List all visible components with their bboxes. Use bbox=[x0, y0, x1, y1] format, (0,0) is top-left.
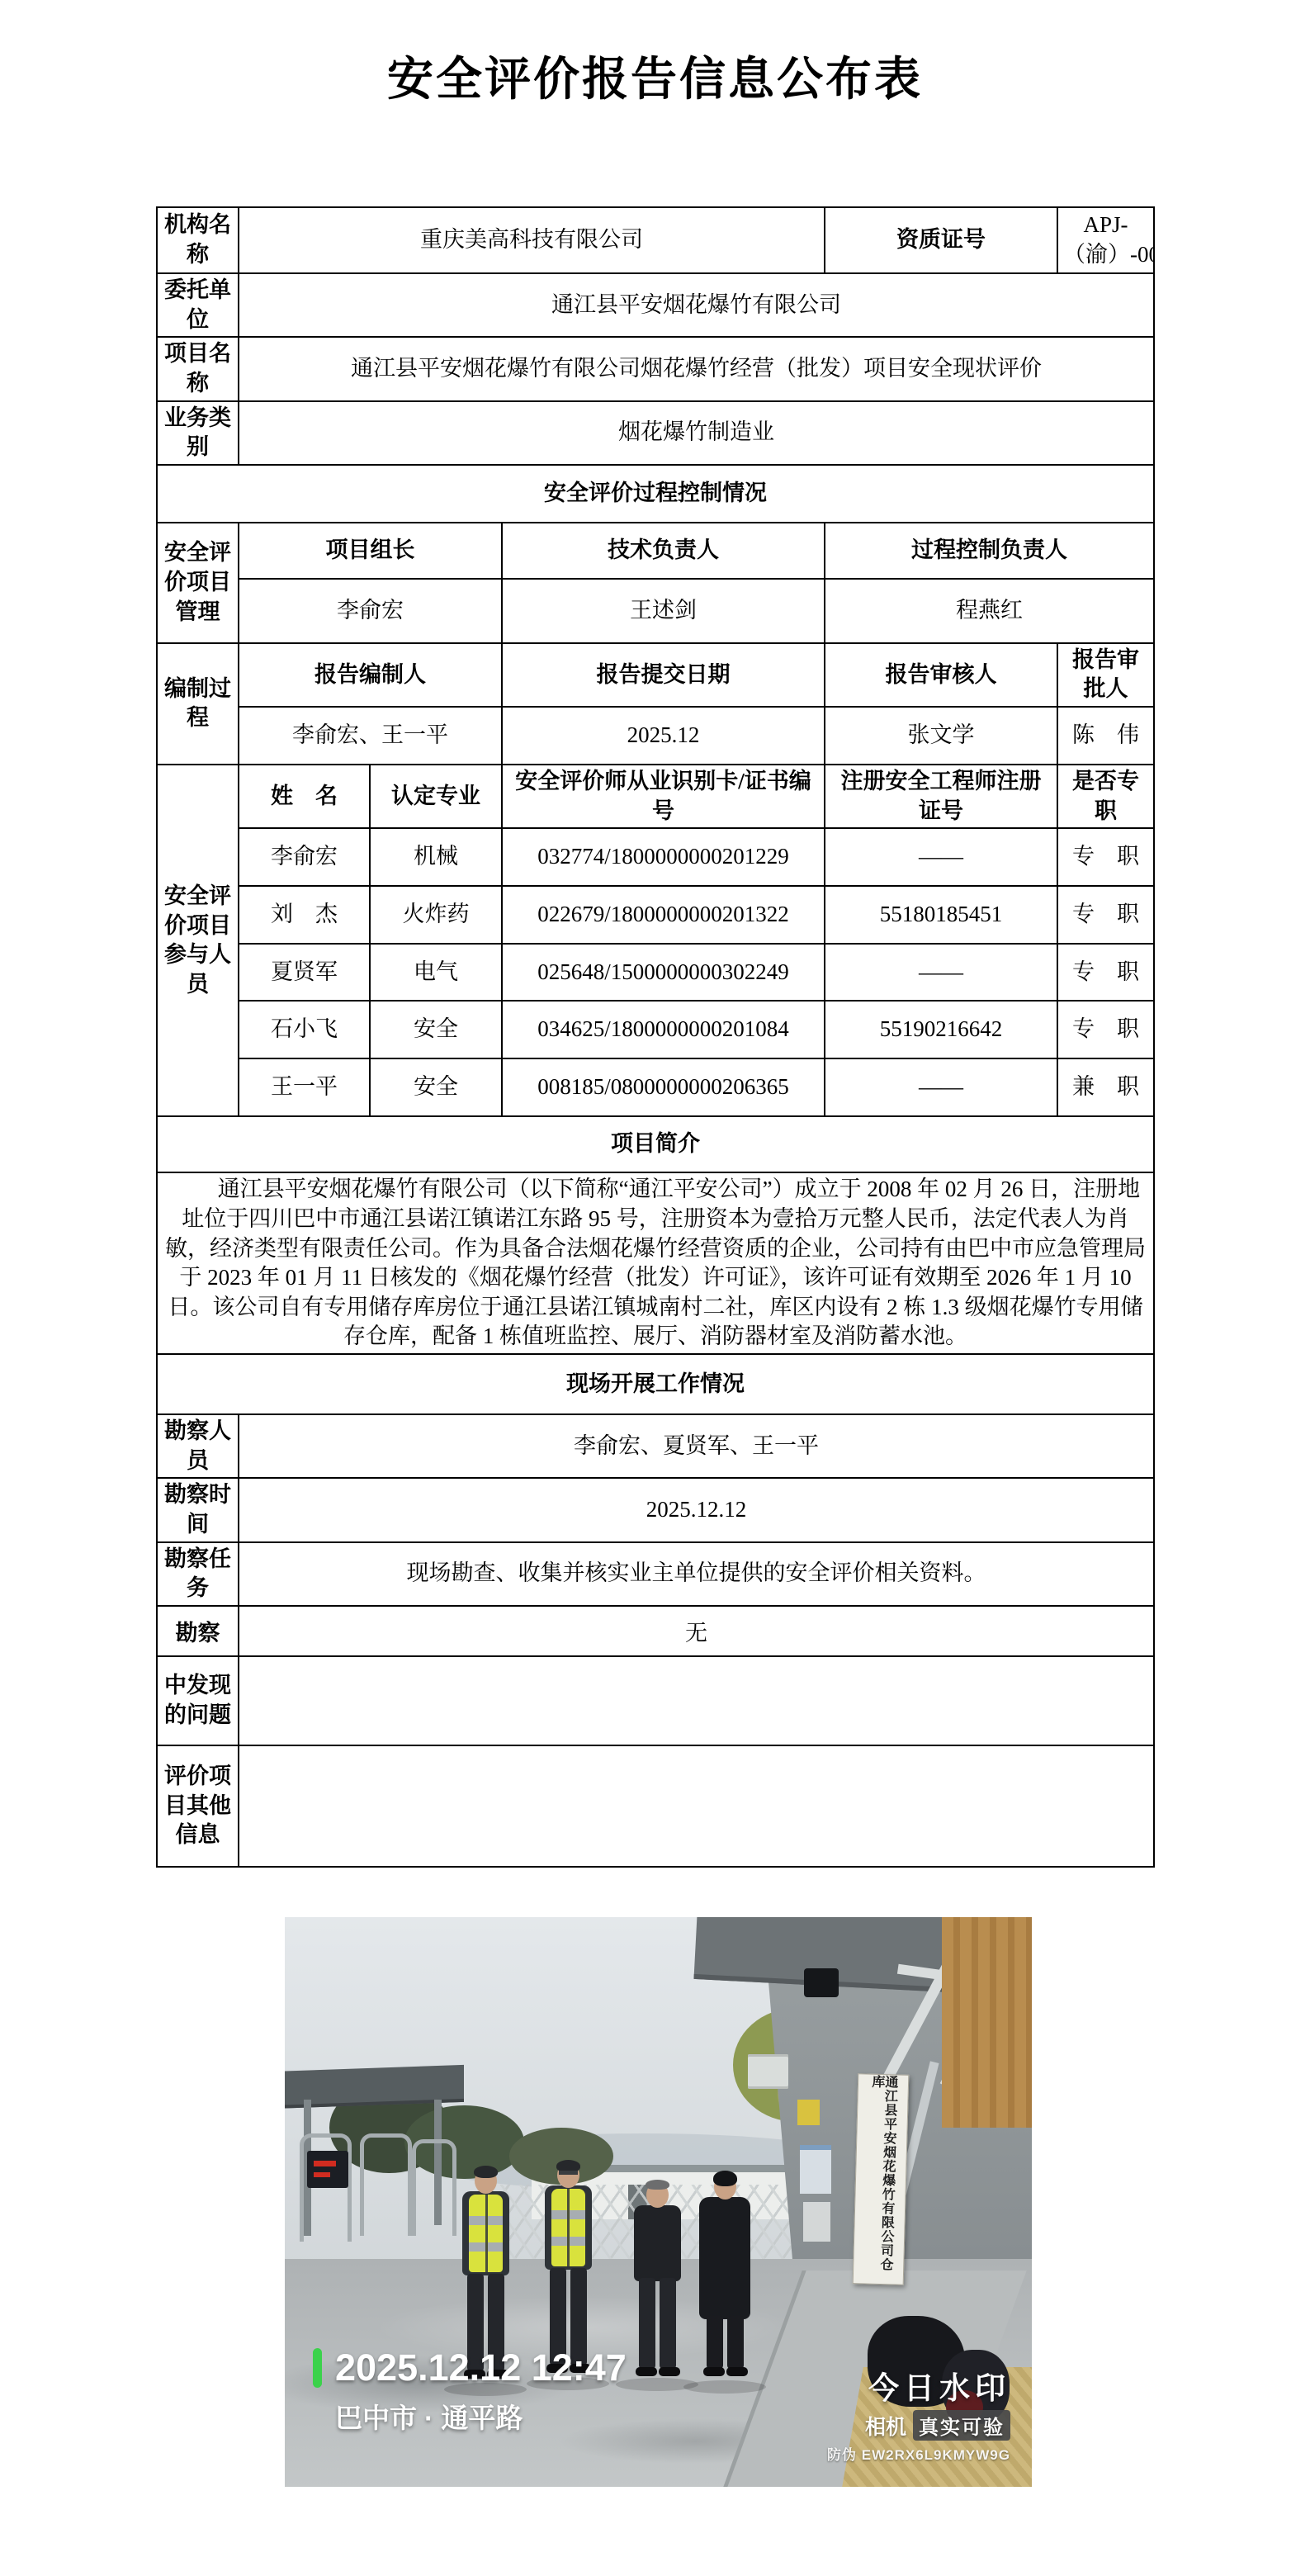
compile-value-reviewer: 张文学 bbox=[825, 707, 1057, 765]
surveyors-value: 李俞宏、夏贤军、王一平 bbox=[239, 1414, 1154, 1478]
survey-task-value: 现场勘查、收集并核实业主单位提供的安全评价相关资料。 bbox=[239, 1542, 1154, 1606]
document-page: 安全评价报告信息公布表 机构名称 重庆美高科技有限公司 资质证号 APJ-（渝）… bbox=[0, 0, 1310, 2576]
page-title: 安全评价报告信息公布表 bbox=[0, 43, 1310, 109]
org-name-value: 重庆美高科技有限公司 bbox=[239, 207, 825, 273]
photo-floodlight bbox=[804, 1968, 839, 1997]
table-row: 勘察任务 现场勘查、收集并核实业主单位提供的安全评价相关资料。 bbox=[157, 1542, 1154, 1606]
org-name-label: 机构名称 bbox=[157, 207, 239, 273]
table-row: 中发现的问题 bbox=[157, 1656, 1154, 1745]
compile-label: 编制过程 bbox=[157, 643, 239, 765]
table-row: 项目名称 通江县平安烟花爆竹有限公司烟花爆竹经营（批发）项目安全现状评价 bbox=[157, 337, 1154, 400]
mgmt-header-process: 过程控制负责人 bbox=[825, 523, 1154, 579]
client-value: 通江县平安烟花爆竹有限公司 bbox=[239, 273, 1154, 337]
participant-row: 夏贤军 电气 025648/1500000000302249 —— 专 职 bbox=[157, 944, 1154, 1001]
section-header-row: 项目简介 bbox=[157, 1116, 1154, 1172]
business-type-label: 业务类别 bbox=[157, 401, 239, 465]
watermark-brand: 今日水印 bbox=[868, 2363, 1010, 2408]
participant-fulltime: 专 职 bbox=[1057, 1001, 1154, 1058]
other-info-label: 评价项目其他信息 bbox=[157, 1745, 239, 1867]
client-label: 委托单位 bbox=[157, 273, 239, 337]
table-row: 评价项目其他信息 bbox=[157, 1745, 1154, 1867]
participant-name: 夏贤军 bbox=[239, 944, 370, 1001]
participant-specialty: 火炸药 bbox=[370, 886, 502, 944]
mgmt-value-process: 程燕红 bbox=[825, 579, 1154, 643]
participant-row: 王一平 安全 008185/0800000000206365 —— 兼 职 bbox=[157, 1058, 1154, 1116]
survey-value: 无 bbox=[239, 1606, 1154, 1663]
table-row: 机构名称 重庆美高科技有限公司 资质证号 APJ-（渝）-005 bbox=[157, 207, 1154, 273]
project-name-label: 项目名称 bbox=[157, 337, 239, 400]
participant-reg: —— bbox=[825, 828, 1057, 886]
compile-value-author: 李俞宏、王一平 bbox=[239, 707, 502, 765]
participant-fulltime: 专 职 bbox=[1057, 944, 1154, 1001]
warehouse-sign-text: 通江县平安烟花爆竹有限公司仓库 bbox=[865, 2074, 897, 2284]
table-row: 委托单位 通江县平安烟花爆竹有限公司 bbox=[157, 273, 1154, 337]
watermark-verified-badge: 真实可验 bbox=[913, 2410, 1010, 2441]
mgmt-header-leader: 项目组长 bbox=[239, 523, 502, 579]
survey-task-label: 勘察任务 bbox=[157, 1542, 239, 1606]
participant-fulltime: 兼 职 bbox=[1057, 1058, 1154, 1116]
section-header-row: 安全评价过程控制情况 bbox=[157, 465, 1154, 523]
participant-cert: 025648/1500000000302249 bbox=[502, 944, 825, 1001]
participant-reg: 55180185451 bbox=[825, 886, 1057, 944]
participant-cert: 008185/0800000000206365 bbox=[502, 1058, 825, 1116]
mgmt-label: 安全评价项目管理 bbox=[157, 523, 239, 643]
surveyors-label: 勘察人员 bbox=[157, 1414, 239, 1478]
mgmt-value-leader: 李俞宏 bbox=[239, 579, 502, 643]
survey-time-label: 勘察时间 bbox=[157, 1478, 239, 1541]
table-row: 勘察 无 bbox=[157, 1606, 1154, 1663]
participant-fulltime: 专 职 bbox=[1057, 828, 1154, 886]
participant-specialty: 电气 bbox=[370, 944, 502, 1001]
photo-white-notice bbox=[803, 2202, 830, 2242]
participant-name: 李俞宏 bbox=[239, 828, 370, 886]
photo-blue-notice bbox=[800, 2145, 831, 2194]
watermark-location: 巴中市 · 通平路 bbox=[335, 2397, 523, 2436]
photo-turnstile bbox=[360, 2133, 412, 2236]
compile-header-approver: 报告审批人 bbox=[1057, 643, 1154, 707]
person-company-rep bbox=[621, 2182, 693, 2384]
watermark-timestamp-row: 2025.12.12 12:47 bbox=[313, 2346, 627, 2389]
table-row: 编制过程 报告编制人 报告提交日期 报告审核人 报告审批人 bbox=[157, 643, 1154, 707]
process-control-section-title: 安全评价过程控制情况 bbox=[157, 465, 1154, 523]
participants-header-name: 姓 名 bbox=[239, 765, 370, 828]
participants-label: 安全评价项目参与人员 bbox=[157, 765, 239, 1116]
table-row: 李俞宏 王述剑 程燕红 bbox=[157, 579, 1154, 643]
project-name-value: 通江县平安烟花爆竹有限公司烟花爆竹经营（批发）项目安全现状评价 bbox=[239, 337, 1154, 400]
section-header-row: 现场开展工作情况 bbox=[157, 1354, 1154, 1414]
participant-specialty: 机械 bbox=[370, 828, 502, 886]
qual-cert-label: 资质证号 bbox=[825, 207, 1057, 273]
participant-row: 刘 杰 火炸药 022679/1800000000201322 55180185… bbox=[157, 886, 1154, 944]
photo-ac-unit bbox=[748, 2054, 788, 2090]
participants-header-cert: 安全评价师从业识别卡/证书编号 bbox=[502, 765, 825, 828]
participant-fulltime: 专 职 bbox=[1057, 886, 1154, 944]
issues-found-value bbox=[239, 1656, 1154, 1745]
compile-header-reviewer: 报告审核人 bbox=[825, 643, 1057, 707]
participant-row: 李俞宏 机械 032774/1800000000201229 —— 专 职 bbox=[157, 828, 1154, 886]
participants-header-fulltime: 是否专职 bbox=[1057, 765, 1154, 828]
compile-header-date: 报告提交日期 bbox=[502, 643, 825, 707]
survey-time-value: 2025.12.12 bbox=[239, 1478, 1154, 1541]
qual-cert-value: APJ-（渝）-005 bbox=[1057, 207, 1154, 273]
business-type-value: 烟花爆竹制造业 bbox=[239, 401, 1154, 465]
mgmt-value-tech: 王述剑 bbox=[502, 579, 825, 643]
participant-specialty: 安全 bbox=[370, 1058, 502, 1116]
participant-reg: —— bbox=[825, 1058, 1057, 1116]
compile-value-date: 2025.12 bbox=[502, 707, 825, 765]
issues-found-label: 中发现的问题 bbox=[157, 1656, 239, 1745]
watermark-timestamp: 2025.12.12 12:47 bbox=[335, 2346, 627, 2389]
intro-section-title: 项目简介 bbox=[157, 1116, 1154, 1172]
main-info-table: 机构名称 重庆美高科技有限公司 资质证号 APJ-（渝）-005 委托单位 通江… bbox=[156, 206, 1155, 1664]
participant-cert: 034625/1800000000201084 bbox=[502, 1001, 825, 1058]
participants-header-specialty: 认定专业 bbox=[370, 765, 502, 828]
watermark-camera-label: 相机 bbox=[865, 2411, 906, 2441]
participant-row: 石小飞 安全 034625/1800000000201084 551902166… bbox=[157, 1001, 1154, 1058]
compile-header-author: 报告编制人 bbox=[239, 643, 502, 707]
participants-header-reg: 注册安全工程师注册证号 bbox=[825, 765, 1057, 828]
watermark-verify-row: 相机 真实可验 bbox=[865, 2410, 1010, 2441]
participant-specialty: 安全 bbox=[370, 1001, 502, 1058]
participant-name: 王一平 bbox=[239, 1058, 370, 1116]
photo-yellow-notice bbox=[797, 2100, 820, 2125]
site-photo: 通江县平安烟花爆竹有限公司仓库 2025.12.12 12:47 巴中市 · 通… bbox=[285, 1917, 1032, 2487]
overflow-table: 中发现的问题 评价项目其他信息 bbox=[156, 1655, 1155, 1868]
table-row: 勘察人员 李俞宏、夏贤军、王一平 bbox=[157, 1414, 1154, 1478]
timestamp-accent-bar bbox=[313, 2348, 322, 2388]
survey-label: 勘察 bbox=[157, 1606, 239, 1663]
photo-wood-panel bbox=[942, 1917, 1032, 2128]
participant-cert: 022679/1800000000201322 bbox=[502, 886, 825, 944]
participant-name: 石小飞 bbox=[239, 1001, 370, 1058]
photo-turnstile bbox=[300, 2133, 352, 2242]
warehouse-sign: 通江县平安烟花爆竹有限公司仓库 bbox=[853, 2073, 909, 2285]
table-row: 业务类别 烟花爆竹制造业 bbox=[157, 401, 1154, 465]
table-row: 通江县平安烟花爆竹有限公司（以下简称“通江平安公司”）成立于 2008 年 02… bbox=[157, 1172, 1154, 1354]
person-woman bbox=[688, 2174, 761, 2387]
other-info-value bbox=[239, 1745, 1154, 1867]
site-work-section-title: 现场开展工作情况 bbox=[157, 1354, 1154, 1414]
participant-reg: 55190216642 bbox=[825, 1001, 1057, 1058]
watermark-antifake-code: 防伪 EW2RX6L9KMYW9G bbox=[827, 2443, 1010, 2464]
table-row: 勘察时间 2025.12.12 bbox=[157, 1478, 1154, 1541]
table-row: 李俞宏、王一平 2025.12 张文学 陈 伟 bbox=[157, 707, 1154, 765]
mgmt-header-tech: 技术负责人 bbox=[502, 523, 825, 579]
table-row: 安全评价项目管理 项目组长 技术负责人 过程控制负责人 bbox=[157, 523, 1154, 579]
intro-paragraph: 通江县平安烟花爆竹有限公司（以下简称“通江平安公司”）成立于 2008 年 02… bbox=[157, 1172, 1154, 1354]
table-row: 安全评价项目参与人员 姓 名 认定专业 安全评价师从业识别卡/证书编号 注册安全… bbox=[157, 765, 1154, 828]
participant-name: 刘 杰 bbox=[239, 886, 370, 944]
photo-led-display bbox=[307, 2151, 348, 2188]
participant-reg: —— bbox=[825, 944, 1057, 1001]
participant-cert: 032774/1800000000201229 bbox=[502, 828, 825, 886]
compile-value-approver: 陈 伟 bbox=[1057, 707, 1154, 765]
